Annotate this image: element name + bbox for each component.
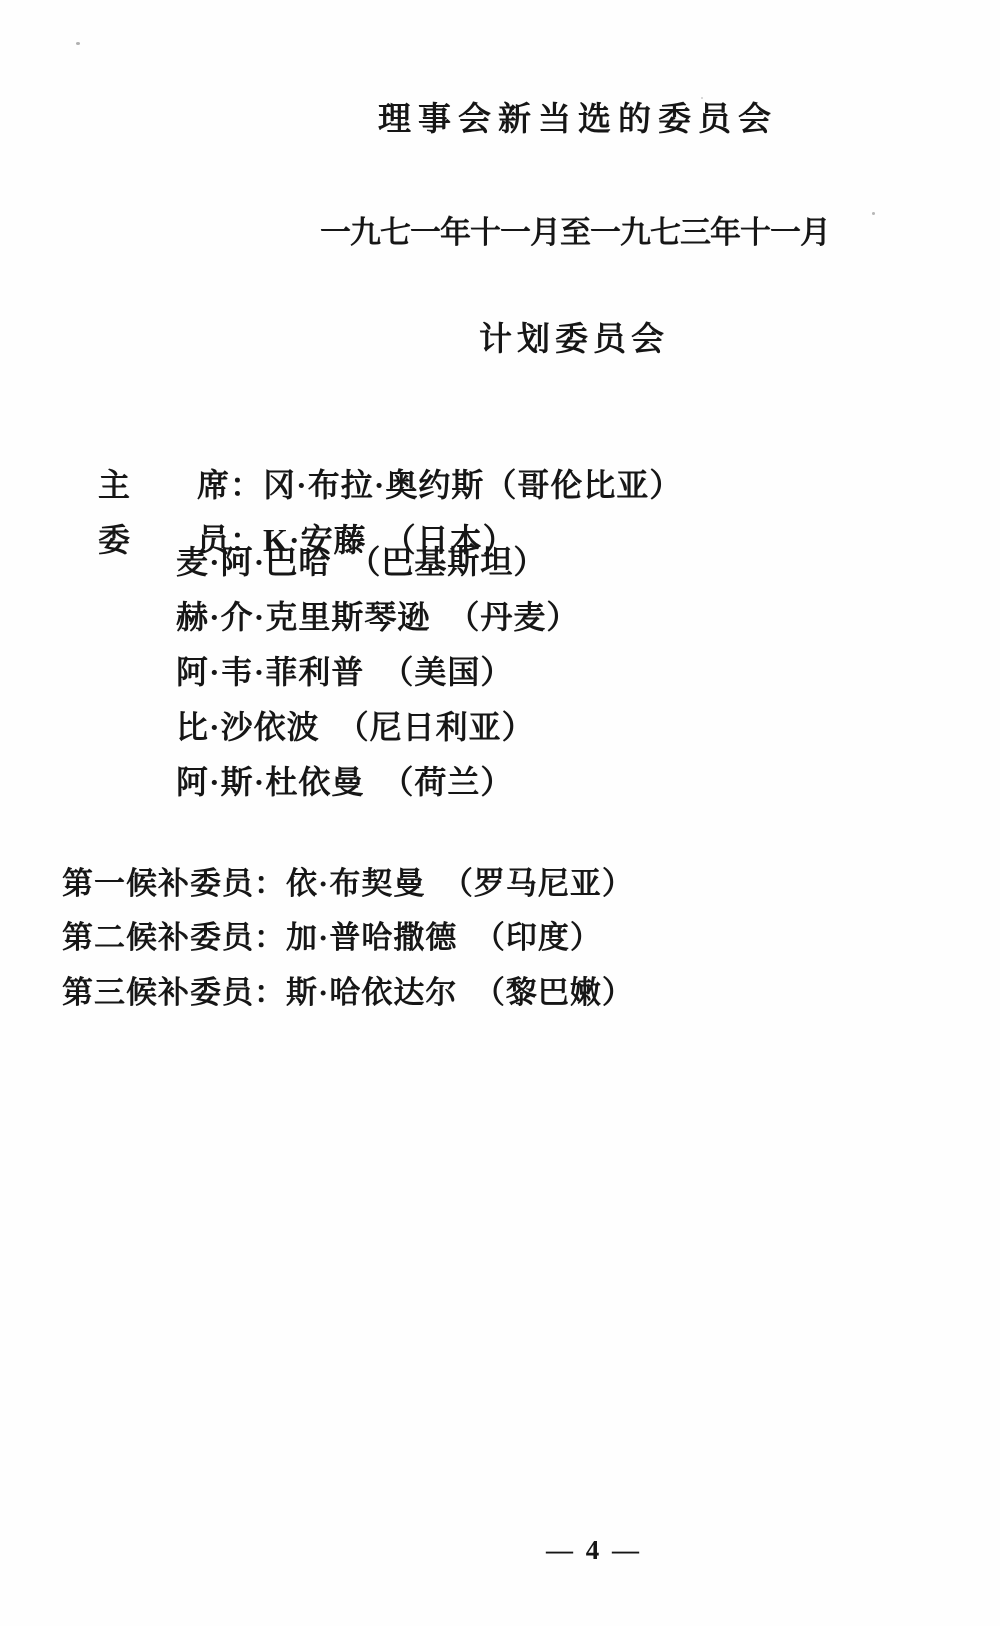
scanned-document-page: 理事会新当选的委员会 一九七一年十一月至一九七三年十一月 计划委员会 主 席：冈…	[0, 0, 1000, 1626]
member-row: 阿·韦·菲利普 （美国）	[176, 656, 513, 688]
alternate-member-row: 第一候补委员：依·布契曼 （罗马尼亚）	[62, 868, 634, 899]
committee-name: 计划委员会	[479, 324, 669, 357]
member-row: 麦·阿·巴哈 （巴基斯坦）	[176, 546, 546, 578]
member-row: 阿·斯·杜依曼 （荷兰）	[176, 766, 513, 798]
page-title: 理事会新当选的委员会	[378, 104, 778, 137]
alternate-member-row: 第二候补委员：加·普哈撒德 （印度）	[62, 922, 602, 953]
scan-speck	[76, 42, 80, 45]
term-date-range: 一九七一年十一月至一九七三年十一月	[320, 217, 830, 248]
member-row: 赫·介·克里斯琴逊 （丹麦）	[176, 601, 579, 633]
member-row: 比·沙依波 （尼日利亚）	[176, 711, 535, 743]
scan-speck	[701, 97, 703, 99]
scan-speck	[872, 212, 875, 215]
alternate-member-row: 第三候补委员：斯·哈依达尔 （黎巴嫩）	[62, 977, 634, 1008]
page-number: — 4 —	[546, 1537, 642, 1564]
